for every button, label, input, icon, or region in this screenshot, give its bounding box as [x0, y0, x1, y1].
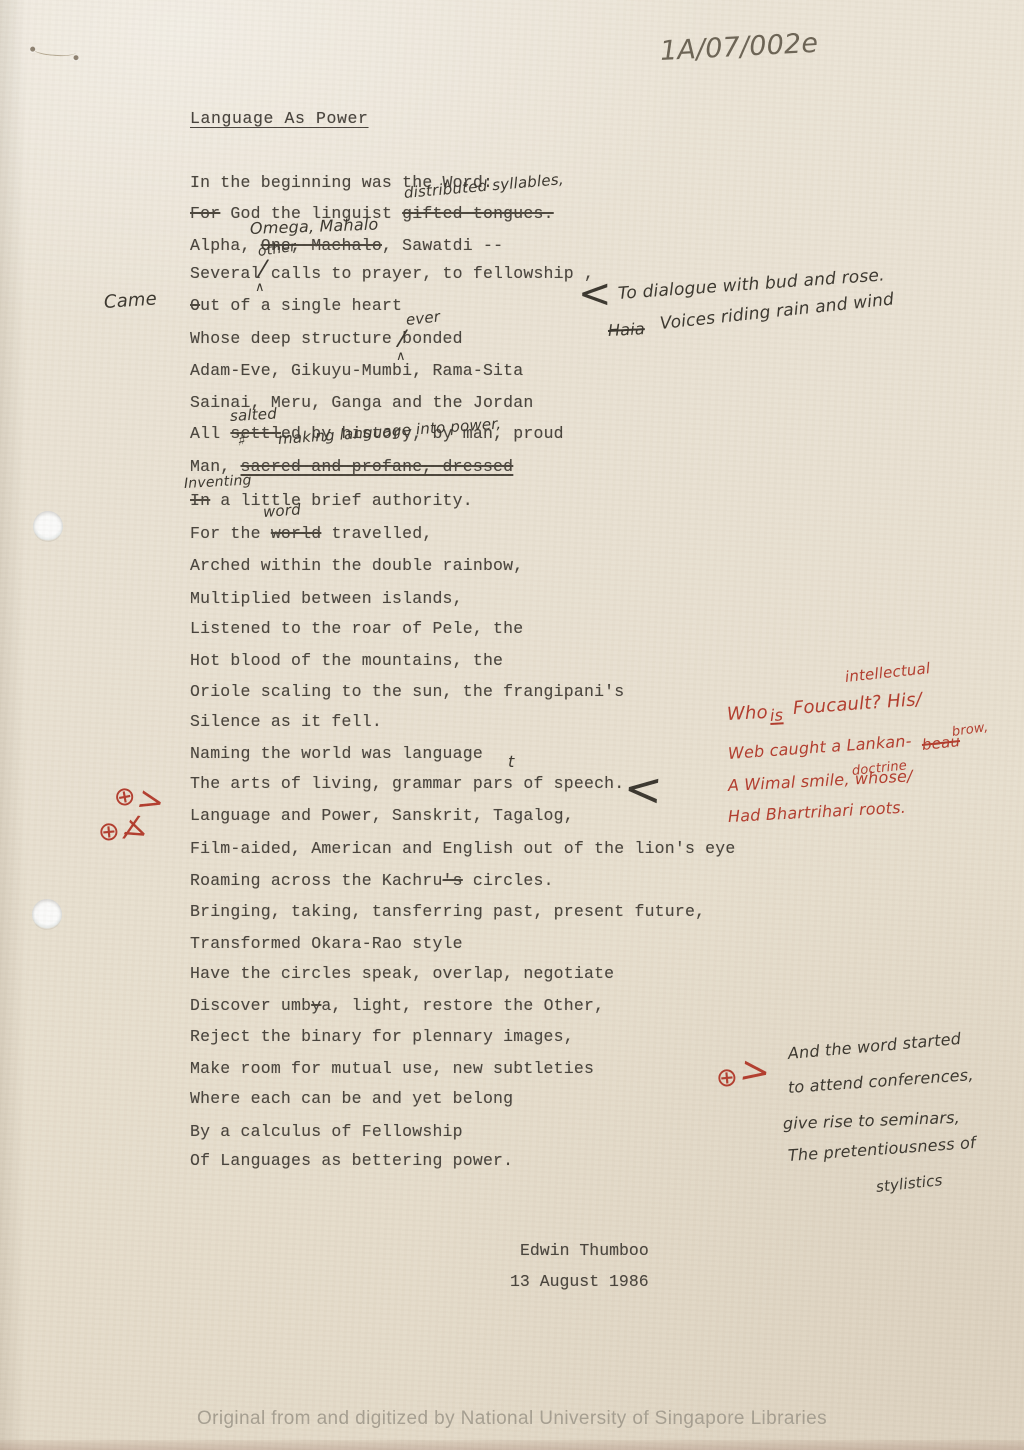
handwritten-annotation: Haia: [608, 321, 646, 339]
handwritten-annotation: The pretentiousness of: [787, 1135, 976, 1164]
typed-text: Several calls to prayer, to fellowship ,: [190, 264, 594, 283]
handwritten-annotation: stylistics: [875, 1173, 943, 1195]
typed-text: circles.: [463, 871, 554, 890]
typed-line: Make room for mutual use, new subtleties: [190, 1060, 594, 1079]
typed-line: Have the circles speak, overlap, negotia…: [190, 965, 614, 984]
typed-line: Language and Power, Sanskrit, Tagalog,: [190, 807, 574, 826]
typed-text: travelled,: [321, 524, 432, 543]
typed-line: Whose deep structure bonded: [190, 330, 463, 349]
handwritten-annotation: ever: [405, 309, 441, 328]
typed-text: Bringing, taking, tansferring past, pres…: [190, 902, 705, 921]
circled-plus-mark: ⊕: [112, 782, 138, 811]
handwritten-annotation: Foucault? His/: [792, 691, 922, 718]
typed-text: Oriole scaling to the sun, the frangipan…: [190, 682, 624, 701]
typed-text: Listened to the roar of Pele, the: [190, 619, 523, 638]
struck-text: In: [190, 491, 210, 510]
handwritten-annotation: to attend conferences,: [787, 1067, 974, 1096]
typed-line: Roaming across the Kachru's circles.: [190, 872, 554, 891]
typed-text: The arts of living, grammar pars of spee…: [190, 774, 624, 793]
handwritten-annotation: beau: [921, 734, 961, 753]
typed-line: Where each can be and yet belong: [190, 1090, 513, 1109]
typed-line: Out of a single heart: [190, 297, 402, 316]
typed-line: Several calls to prayer, to fellowship ,: [190, 265, 594, 284]
handwritten-annotation: Web caught a Lankan-: [727, 733, 912, 762]
typed-text: Reject the binary for plennary images,: [190, 1027, 574, 1046]
typed-text: All: [190, 424, 230, 443]
arrow-flourish: >: [737, 1052, 772, 1092]
library-watermark: Original from and digitized by National …: [0, 1408, 1024, 1430]
typed-text: Naming the world was language: [190, 744, 483, 763]
struck-text: sacred and profane, dressed: [241, 457, 514, 476]
punch-hole-top: [33, 511, 63, 542]
typed-line: Oriole scaling to the sun, the frangipan…: [190, 683, 624, 702]
typed-line: Of Languages as bettering power.: [190, 1152, 513, 1171]
typed-line: Bringing, taking, tansferring past, pres…: [190, 903, 705, 922]
handwritten-annotation: word: [262, 502, 301, 520]
margin-arrow: <: [622, 764, 664, 813]
typed-line: The arts of living, grammar pars of spee…: [190, 775, 624, 794]
typed-line: Adam-Eve, Gikuyu-Mumbi, Rama-Sita: [190, 362, 523, 381]
handwritten-annotation: ♯: [237, 432, 248, 449]
typed-text: Roaming across the Kachru: [190, 871, 443, 890]
typed-text: Discover umb: [190, 996, 311, 1015]
typed-line: Naming the world was language: [190, 745, 483, 764]
typed-line: Discover umbya, light, restore the Other…: [190, 997, 604, 1016]
struck-text: O: [190, 296, 200, 315]
typed-line: Silence as it fell.: [190, 713, 382, 732]
typed-text: Adam-Eve, Gikuyu-Mumbi, Rama-Sita: [190, 361, 523, 380]
typed-text: Language and Power, Sanskrit, Tagalog,: [190, 806, 574, 825]
margin-arrow: <: [578, 274, 612, 314]
scanned-manuscript-page: Language As Power In the beginning was t…: [0, 0, 1024, 1450]
typed-text: Silence as it fell.: [190, 712, 382, 731]
struck-text: 's: [443, 871, 463, 890]
typed-text: , Sawatdi --: [382, 236, 503, 255]
typed-text: Make room for mutual use, new subtleties: [190, 1059, 594, 1078]
author-name: Edwin Thumboo: [520, 1241, 649, 1260]
typed-text: For the: [190, 524, 271, 543]
handwritten-annotation: And the word started: [787, 1031, 961, 1062]
handwritten-annotation: give rise to seminars,: [783, 1110, 960, 1132]
typed-text: ut of a single heart: [200, 296, 402, 315]
typed-line: In a little brief authority.: [190, 492, 473, 511]
handwritten-annotation: Inventing: [184, 473, 252, 491]
typed-text: Alpha,: [190, 236, 261, 255]
poem-title: Language As Power: [190, 109, 369, 128]
typed-text: Arched within the double rainbow,: [190, 556, 523, 575]
typed-text: a little brief authority.: [210, 491, 473, 510]
typed-text: Have the circles speak, overlap, negotia…: [190, 964, 614, 983]
handwritten-annotation: ∧: [255, 281, 265, 294]
struck-text: gifted tongues.: [402, 204, 554, 223]
handwritten-annotation: /: [397, 328, 406, 350]
typed-line: Alpha, One, Machalo, Sawatdi --: [190, 237, 503, 256]
typed-text: a, light, restore the Other,: [321, 996, 604, 1015]
page-edge-shading: [0, 0, 26, 1450]
typed-line: Transformed Okara-Rao style: [190, 935, 463, 954]
handwritten-annotation: A Wimal smile, whose/: [728, 768, 913, 794]
page-bottom-edge: [0, 1440, 1024, 1450]
handwritten-annotation: intellectual: [844, 661, 931, 685]
typed-line: Film-aided, American and English out of …: [190, 840, 736, 859]
typed-text: Where each can be and yet belong: [190, 1089, 513, 1108]
struck-text: world: [271, 524, 322, 543]
handwritten-annotation: Had Bhartrihari roots.: [728, 800, 907, 825]
typed-line: Reject the binary for plennary images,: [190, 1028, 574, 1047]
struck-text: y: [311, 996, 321, 1015]
handwritten-annotation: Omega, Mahalo: [250, 217, 379, 237]
typed-text: Transformed Okara-Rao style: [190, 934, 463, 953]
handwritten-annotation: Came: [103, 290, 157, 312]
typed-text: Multiplied between islands,: [190, 589, 463, 608]
typed-text: Film-aided, American and English out of …: [190, 839, 736, 858]
staple-mark: [27, 41, 82, 63]
circled-plus-mark: ⊕: [715, 1064, 739, 1092]
typed-line: For the world travelled,: [190, 525, 432, 544]
struck-text: For: [190, 204, 220, 223]
typed-line: Arched within the double rainbow,: [190, 557, 523, 576]
typed-text: Of Languages as bettering power.: [190, 1151, 513, 1170]
handwritten-annotation: ∧: [396, 350, 406, 363]
typed-text: Hot blood of the mountains, the: [190, 651, 503, 670]
poem-date: 13 August 1986: [510, 1272, 649, 1291]
handwritten-annotation: salted: [230, 407, 278, 424]
staple-wire: [34, 44, 77, 58]
typed-text: Whose deep structure bonded: [190, 329, 463, 348]
handwritten-annotation: is: [770, 707, 784, 724]
ref-number: 1A/07/002e: [659, 30, 819, 65]
handwritten-annotation: /: [258, 258, 267, 280]
handwritten-annotation: Who: [727, 704, 769, 724]
typed-line: Hot blood of the mountains, the: [190, 652, 503, 671]
punch-hole-bottom: [32, 899, 62, 930]
typed-text: By a calculus of Fellowship: [190, 1122, 463, 1141]
typed-line: Listened to the roar of Pele, the: [190, 620, 523, 639]
typed-line: Multiplied between islands,: [190, 590, 463, 609]
handwritten-annotation: t: [508, 754, 514, 770]
typed-line: By a calculus of Fellowship: [190, 1123, 463, 1142]
